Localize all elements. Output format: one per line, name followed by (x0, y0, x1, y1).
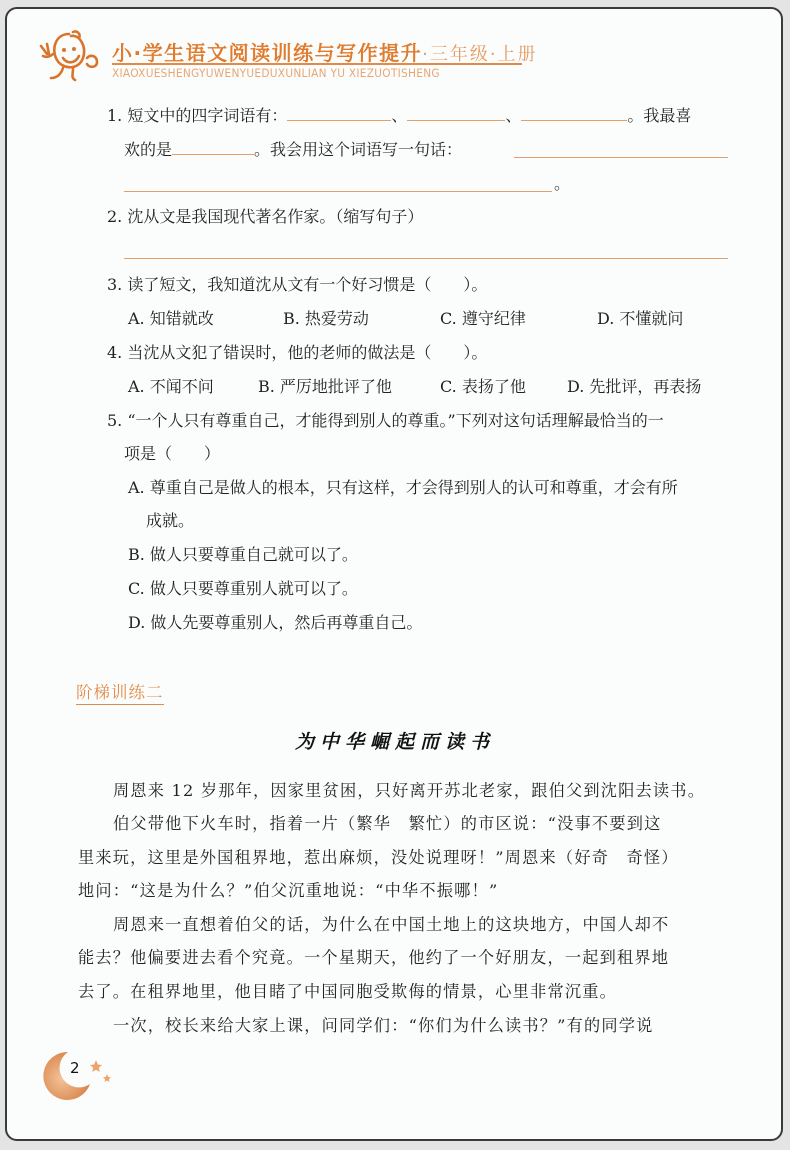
option-d[interactable]: D. 做人先要尊重别人，然后再尊重自己。 (128, 613, 422, 633)
answer-blank[interactable] (407, 119, 505, 121)
story-line: 去了。在租界地里，他目睹了中国同胞受欺侮的情景，心里非常沉重。 (78, 982, 617, 1002)
question-5-line-2: 项是（ ） (124, 444, 220, 464)
option-a[interactable]: A. 不闻不问 (128, 377, 214, 397)
period: 。 (554, 174, 570, 194)
option-d[interactable]: D. 不懂就问 (597, 309, 683, 329)
option-a[interactable]: A. 知错就改 (128, 309, 214, 329)
option-d[interactable]: D. 先批评，再表扬 (567, 377, 701, 397)
question-1-line-2: 欢的是。我会用这个词语写一句话： (124, 140, 462, 160)
story-line: 地问：“这是为什么？”伯父沉重地说：“中华不振哪！” (78, 881, 498, 901)
option-b[interactable]: B. 热爱劳动 (283, 309, 369, 329)
answer-line[interactable] (124, 258, 728, 259)
option-a[interactable]: A. 尊重自己是做人的根本，只有这样，才会得到别人的认可和尊重，才会有所 (128, 478, 678, 498)
question-3: 3. 读了短文，我知道沈从文有一个好习惯是（ ）。 (107, 275, 487, 295)
grade-label: ·三年级·上册 (422, 44, 537, 65)
option-c[interactable]: C. 表扬了他 (440, 377, 526, 397)
story-line: 伯父带他下火车时，指着一片（繁华 繁忙）的市区说：“没事不要到这 (113, 814, 662, 834)
answer-blank[interactable] (521, 119, 627, 121)
answer-blank[interactable] (172, 153, 254, 155)
star-icon (90, 1058, 116, 1088)
story-title: 为中华崛起而读书 (0, 727, 790, 754)
story-line: 周恩来 12 岁那年，因家里贫困，只好离开苏北老家，跟伯父到沈阳去读书。 (113, 781, 705, 801)
page-number: 2 (70, 1059, 80, 1077)
question-5-line-1: 5. “一个人只有尊重自己，才能得到别人的尊重。”下列对这句话理解最恰当的一 (107, 411, 664, 431)
option-c[interactable]: C. 遵守纪律 (440, 309, 526, 329)
answer-line[interactable] (514, 157, 728, 158)
answer-blank[interactable] (287, 119, 391, 121)
header-divider (112, 63, 522, 65)
story-line: 周恩来一直想着伯父的话，为什么在中国土地上的这块地方，中国人却不 (113, 915, 669, 935)
answer-line[interactable] (124, 191, 552, 192)
story-line: 能去？他偏要进去看个究竟。一个星期天，他约了一个好朋友，一起到租界地 (78, 948, 669, 968)
option-b[interactable]: B. 做人只要尊重自己就可以了。 (128, 545, 358, 565)
smiley-mascot-icon (33, 28, 105, 84)
option-a-continued: 成就。 (146, 511, 194, 531)
book-title: 小·学生语文阅读训练与写作提升·三年级·上册 (112, 37, 538, 66)
question-4: 4. 当沈从文犯了错误时，他的老师的做法是（ ）。 (107, 343, 487, 363)
option-c[interactable]: C. 做人只要尊重别人就可以了。 (128, 579, 358, 599)
question-1-line-1: 1. 短文中的四字词语有：、、。我最喜 (107, 106, 691, 126)
workbook-page (5, 7, 783, 1141)
story-line: 里来玩，这里是外国租界地，惹出麻烦，没处说理呀！”周恩来（好奇 奇怪） (78, 848, 679, 868)
story-line: 一次，校长来给大家上课，问同学们：“你们为什么读书？”有的同学说 (113, 1016, 654, 1036)
crescent-moon-icon (40, 1048, 96, 1104)
section-heading: 阶梯训练二 (76, 679, 164, 705)
option-b[interactable]: B. 严厉地批评了他 (258, 377, 392, 397)
question-2: 2. 沈从文是我国现代著名作家。（缩写句子） (107, 207, 423, 227)
book-title-pinyin: XIAOXUESHENGYUWENYUEDUXUNLIAN YU XIEZUOT… (112, 66, 440, 80)
